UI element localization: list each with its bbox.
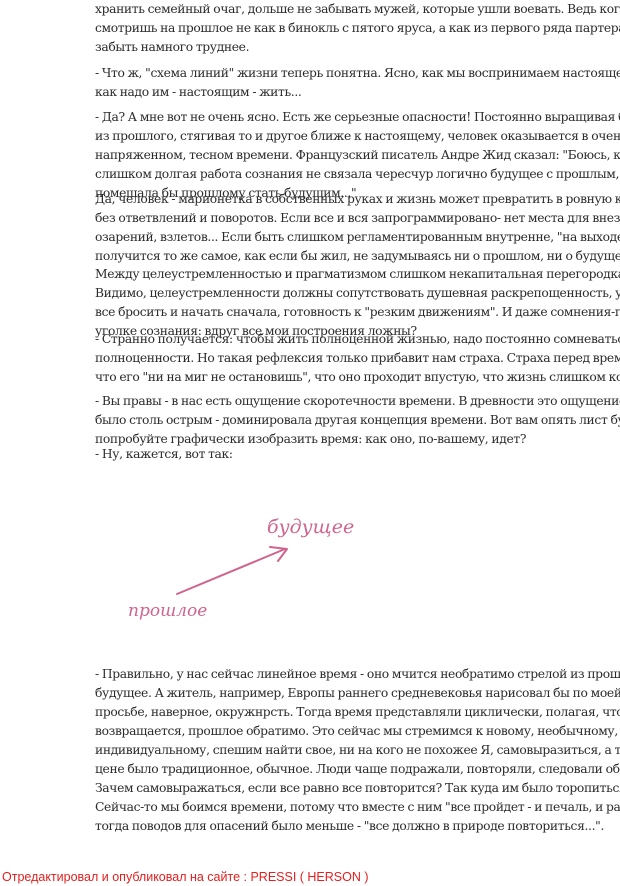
text-line: полноценности. Но такая рефлексия только… (95, 349, 620, 368)
text-line: забыть намного труднее. (95, 38, 620, 57)
text-line: слишком долгая работа сознания не связал… (95, 165, 620, 184)
text-line: - Да? А мне вот не очень ясно. Есть же с… (95, 108, 620, 127)
text-line: что его "ни на миг не остановишь", что о… (95, 368, 620, 387)
text-line: - Странно получается: чтобы жить полноце… (95, 330, 620, 349)
text-line: индивидуальному, спешим найти свое, ни н… (95, 741, 620, 760)
text-line: - Вы правы - в нас есть ощущение скороте… (95, 392, 620, 411)
future-label: будущее (267, 516, 354, 538)
paragraph-6: - Странно получается: чтобы жить полноце… (95, 330, 620, 387)
text-line: озарений, взлетов... Если быть слишком р… (95, 228, 620, 247)
text-line: - Ну, кажется, вот так: (95, 445, 620, 464)
text-line: хранить семейный очаг, дольше не забыват… (95, 0, 620, 19)
text-line: Между целеустремленностью и прагматизмом… (95, 265, 620, 284)
text-line: смотришь на прошлое не как в бинокль с п… (95, 19, 620, 38)
text-line: тогда поводов для опасений было меньше -… (95, 817, 620, 836)
paragraph-2: - Что ж, "схема линий" жизни теперь поня… (95, 64, 620, 102)
text-line: все бросить и начать сначала, готовность… (95, 303, 620, 322)
text-line: Видимо, целеустремленности должны сопутс… (95, 284, 620, 303)
text-line: без ответвлений и поворотов. Если все и … (95, 209, 620, 228)
paragraph-3: - Да? А мне вот не очень ясно. Есть же с… (95, 108, 620, 203)
text-line: просьбе, наверное, окружнрсть. Тогда вре… (95, 703, 620, 722)
text-line: из прошлого, стягивая то и другое ближе … (95, 127, 620, 146)
text-line: как надо им - настоящим - жить... (95, 83, 620, 102)
paragraph-8: - Ну, кажется, вот так: (95, 445, 620, 464)
publisher-credit: Отредактировал и опубликовал на сайте : … (2, 870, 369, 884)
text-line: - Что ж, "схема линий" жизни теперь поня… (95, 64, 620, 83)
text-line: получится то же самое, как если бы жил, … (95, 247, 620, 266)
paragraph-4: Да, человек - марионетка в собственных р… (95, 190, 620, 266)
text-line: Зачем самовыражаться, если все равно все… (95, 779, 620, 798)
text-line: - Правильно, у нас сейчас линейное время… (95, 665, 620, 684)
text-line: Да, человек - марионетка в собственных р… (95, 190, 620, 209)
text-line: Сейчас-то мы боимся времени, потому что … (95, 798, 620, 817)
paragraph-1: хранить семейный очаг, дольше не забыват… (95, 0, 620, 57)
time-arrow-figure: будущее прошлое (110, 495, 410, 630)
past-label: прошлое (128, 601, 207, 621)
paragraph-7: - Вы правы - в нас есть ощущение скороте… (95, 392, 620, 449)
text-line: будущее. А житель, например, Европы ранн… (95, 684, 620, 703)
text-line: напряженном, тесном времени. Французский… (95, 146, 620, 165)
paragraph-9: - Правильно, у нас сейчас линейное время… (95, 665, 620, 836)
text-line: было столь острым - доминировала другая … (95, 411, 620, 430)
arrow-icon: будущее прошлое (110, 495, 410, 630)
text-line: цене было традиционное, обычное. Люди ча… (95, 760, 620, 779)
text-line: возвращается, прошлое обратимо. Это сейч… (95, 722, 620, 741)
